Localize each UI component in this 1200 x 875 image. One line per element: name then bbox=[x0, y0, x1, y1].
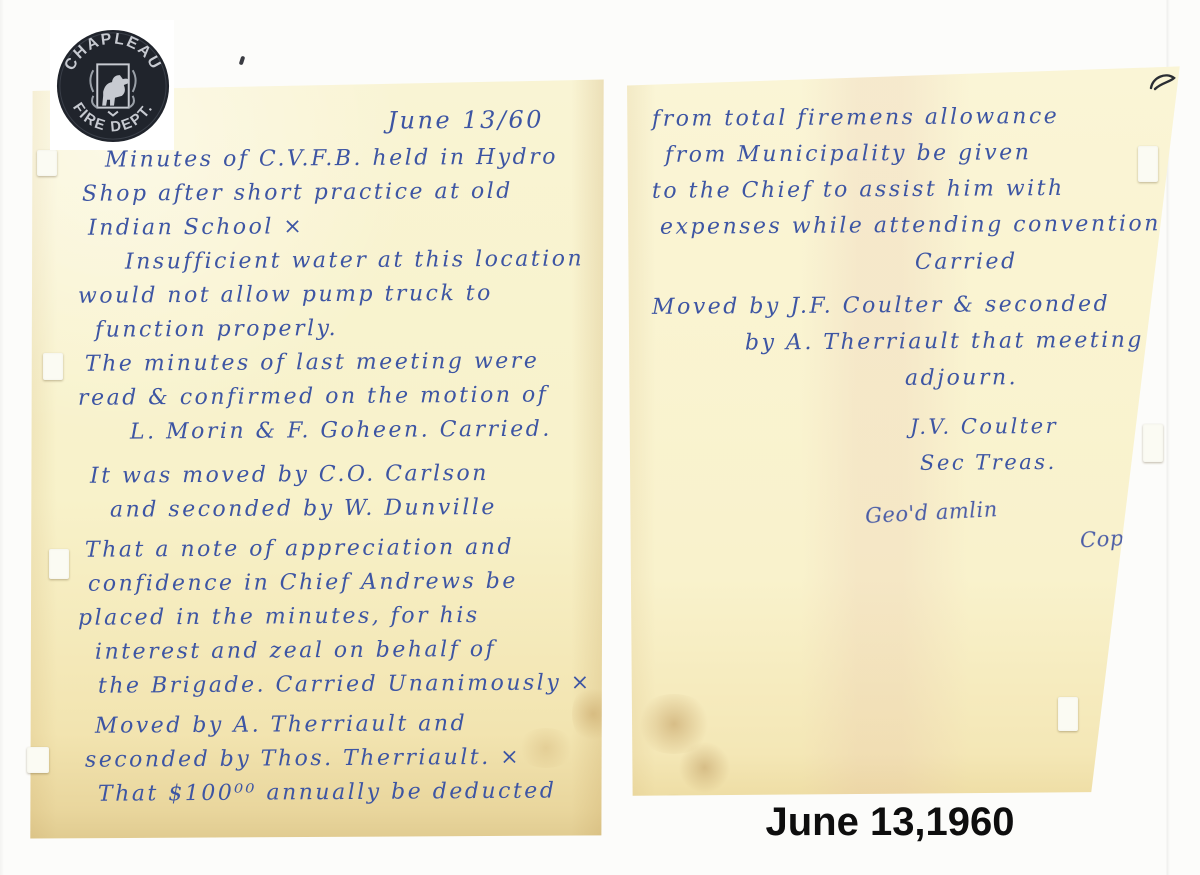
handwritten-line: seconded by Thos. Therriault. × bbox=[85, 740, 588, 778]
handwritten-line: from Municipality be given bbox=[665, 134, 1172, 174]
handwritten-line: Insufficient water at this location bbox=[125, 242, 588, 279]
scanned-minutes-document: June 13/60 Minutes of C.V.F.B. held in H… bbox=[0, 0, 1200, 875]
handwritten-line: read & confirmed on the motion of bbox=[78, 378, 588, 416]
handwritten-line: and seconded by W. Dunville bbox=[110, 490, 588, 527]
handwritten-line: The minutes of last meeting were bbox=[85, 344, 588, 382]
signature-scrawl: Copr – bbox=[1079, 518, 1173, 559]
hole-punch-tab bbox=[37, 150, 57, 176]
minutes-page-1: June 13/60 Minutes of C.V.F.B. held in H… bbox=[28, 78, 606, 840]
handwritten-line: would not allow pump truck to bbox=[78, 276, 588, 314]
page-2-text: from total firemens allowance from Munic… bbox=[622, 62, 1182, 556]
hole-punch-tab bbox=[1143, 424, 1163, 462]
photo-caption: June 13,1960 bbox=[620, 800, 1160, 845]
stain bbox=[634, 694, 714, 754]
hole-punch-tab bbox=[1058, 697, 1078, 731]
handwritten-line: placed in the minutes, for his bbox=[78, 598, 588, 636]
page-1-text: June 13/60 Minutes of C.V.F.B. held in H… bbox=[28, 78, 606, 810]
handwritten-line: from total firemens allowance bbox=[652, 98, 1172, 138]
signature-name: J.V. Coulter bbox=[910, 407, 1172, 445]
handwritten-line: expenses while attending conventions bbox=[660, 206, 1172, 246]
hole-punch-tab bbox=[49, 549, 69, 579]
stain bbox=[677, 740, 732, 795]
handwritten-line: Minutes of C.V.F.B. held in Hydro bbox=[105, 140, 588, 177]
handwritten-line: adjourn. bbox=[905, 359, 1172, 397]
handwritten-line: Indian School × bbox=[88, 208, 588, 245]
hole-punch-tab bbox=[1138, 146, 1158, 182]
signature-scrawl: Geo'd amlin bbox=[864, 482, 1172, 534]
handwritten-line: by A. Therriault that meeting bbox=[745, 323, 1172, 362]
signature-title: Sec Treas. bbox=[920, 443, 1172, 481]
chapleau-fire-dept-badge-icon: CHAPLEAU FIRE DEPT. bbox=[54, 27, 172, 149]
handwritten-line: That $100⁰⁰ annually be deducted bbox=[98, 774, 588, 811]
handwritten-line: Moved by J.F. Coulter & seconded bbox=[652, 286, 1172, 326]
handwritten-line: the Brigade. Carried Unanimously × bbox=[98, 666, 588, 703]
handwritten-line: It was moved by C.O. Carlson bbox=[90, 456, 588, 493]
minutes-page-2: from total firemens allowance from Munic… bbox=[622, 62, 1182, 798]
handwritten-line: Moved by A. Therriault and bbox=[95, 706, 588, 743]
pen-speck bbox=[239, 56, 246, 66]
handwritten-line: That a note of appreciation and bbox=[85, 530, 588, 568]
handwritten-line: Carried bbox=[915, 243, 1172, 281]
handwritten-line: confidence in Chief Andrews be bbox=[88, 564, 588, 601]
corner-pen-mark-icon bbox=[1148, 70, 1178, 94]
hole-punch-tab bbox=[27, 747, 49, 773]
handwritten-line: Shop after short practice at old bbox=[82, 174, 588, 212]
handwritten-line: to the Chief to assist him with bbox=[652, 170, 1172, 210]
handwritten-line: interest and zeal on behalf of bbox=[95, 632, 588, 669]
handwritten-line: L. Morin & F. Goheen. Carried. bbox=[130, 412, 588, 449]
handwritten-line: function properly. bbox=[95, 310, 588, 347]
hole-punch-tab bbox=[43, 353, 63, 380]
